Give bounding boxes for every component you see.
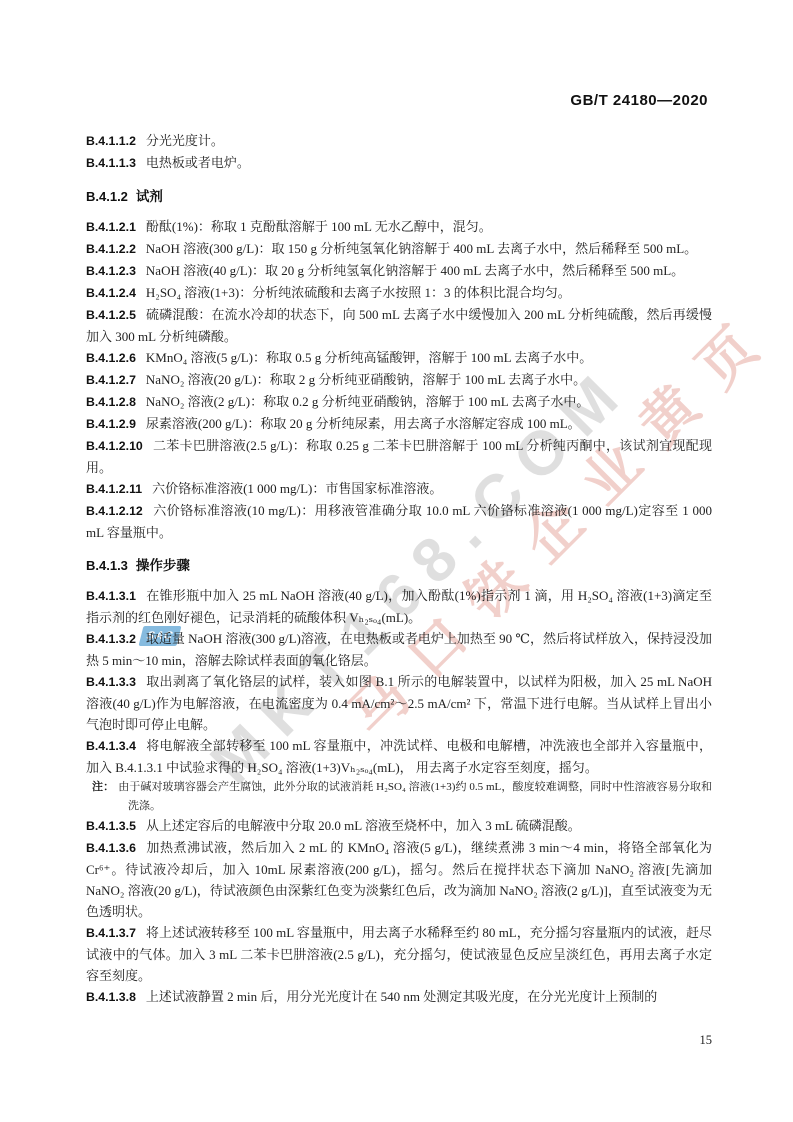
- clause-number: B.4.1.3.4: [86, 739, 146, 753]
- clause-number: B.4.1.2.12: [86, 504, 153, 518]
- clause-text: 取适量 NaOH 溶液(300 g/L)溶液，在电热板或者电炉上加热至 90 ℃…: [86, 631, 712, 668]
- clause-B.4.1.2.11: B.4.1.2.11六价铬标准溶液(1 000 mg/L)：市售国家标准溶液。: [86, 478, 712, 500]
- clause-text: NaOH 溶液(40 g/L)：取 20 g 分析纯氢氧化钠溶解于 400 mL…: [146, 263, 684, 278]
- clause-B.4.1.1.2: B.4.1.1.2分光光度计。: [86, 130, 712, 152]
- clause-B.4.1.1.3: B.4.1.1.3电热板或者电炉。: [86, 152, 712, 174]
- clause-text: 将电解液全部转移至 100 mL 容量瓶中，冲洗试样、电极和电解槽，冲洗液也全部…: [86, 738, 712, 775]
- clause-number: B.4.1.3.8: [86, 990, 146, 1004]
- clause-B.4.1.2.9: B.4.1.2.9尿素溶液(200 g/L)：称取 20 g 分析纯尿素，用去离…: [86, 413, 712, 435]
- clause-text: 电热板或者电炉。: [146, 155, 250, 170]
- clause-B.4.1.2.10: B.4.1.2.10二苯卡巴肼溶液(2.5 g/L)：称取 0.25 g 二苯卡…: [86, 435, 712, 478]
- standard-number-header: GB/T 24180—2020: [570, 92, 708, 109]
- clause-B.4.1.3.6: B.4.1.3.6加热煮沸试液，然后加入 2 mL 的 KMnO₄ 溶液(5 g…: [86, 837, 712, 922]
- clause-number: B.4.1.2.10: [86, 439, 153, 453]
- clause-text: NaNO₂ 溶液(20 g/L)：称取 2 g 分析纯亚硝酸钠，溶解于 100 …: [146, 372, 586, 387]
- clause-number: B.4.1.3.7: [86, 926, 146, 940]
- clause-B.4.1.3.5: B.4.1.3.5从上述定容后的电解液中分取 20.0 mL 溶液至烧杯中，加入…: [86, 815, 712, 837]
- heading-B.4.1.2: B.4.1.2试剂: [86, 186, 712, 207]
- clause-B.4.1.2.1: B.4.1.2.1酚酞(1%)：称取 1 克酚酞溶解于 100 mL 无水乙醇中…: [86, 216, 712, 238]
- clause-text: 取出剥离了氧化铬层的试样，装入如图 B.1 所示的电解装置中，以试样为阳极，加入…: [86, 674, 712, 732]
- clause-number: B.4.1.2.11: [86, 482, 152, 496]
- document-page: MKT168.COM 马口铁企业黄页 SAC GB/T 24180—2020 B…: [0, 0, 793, 1122]
- clause-number: B.4.1.2.8: [86, 395, 146, 409]
- clause-B.4.1.3.2: B.4.1.3.2取适量 NaOH 溶液(300 g/L)溶液，在电热板或者电炉…: [86, 628, 712, 671]
- clause-text: KMnO₄ 溶液(5 g/L)：称取 0.5 g 分析纯高锰酸钾，溶解于 100…: [146, 350, 592, 365]
- clause-text: 硫磷混酸：在流水冷却的状态下，向 500 mL 去离子水中缓慢加入 200 mL…: [86, 307, 712, 344]
- clause-number: B.4.1.2.9: [86, 417, 146, 431]
- clause-number: B.4.1.3.2: [86, 632, 146, 646]
- clause-number: B.4.1.2.5: [86, 308, 146, 322]
- clause-text: 由于碱对玻璃容器会产生腐蚀，此外分取的试液消耗 H₂SO₄ 溶液(1+3)约 0…: [118, 781, 712, 812]
- clause-text: NaOH 溶液(300 g/L)：取 150 g 分析纯氢氧化钠溶解于 400 …: [146, 241, 697, 256]
- clause-number: B.4.1.1.2: [86, 134, 146, 148]
- clause-B.4.1.2.8: B.4.1.2.8NaNO₂ 溶液(2 g/L)：称取 0.2 g 分析纯亚硝酸…: [86, 391, 712, 413]
- clause-number: B.4.1.2.2: [86, 242, 146, 256]
- clause-text: 在锥形瓶中加入 25 mL NaOH 溶液(40 g/L)，加入酚酞(1%)指示…: [86, 588, 712, 625]
- heading-text: 试剂: [136, 189, 163, 204]
- clause-number: B.4.1.2.1: [86, 220, 146, 234]
- clause-number: B.4.1.3: [86, 558, 136, 573]
- clause-B.4.1.3.1: B.4.1.3.1在锥形瓶中加入 25 mL NaOH 溶液(40 g/L)，加…: [86, 585, 712, 628]
- clause-number: B.4.1.2.7: [86, 373, 146, 387]
- clause-number: B.4.1.3.5: [86, 819, 146, 833]
- clause-text: 将上述试液转移至 100 mL 容量瓶中，用去离子水稀释至约 80 mL，充分摇…: [86, 925, 712, 983]
- heading-text: 操作步骤: [136, 558, 190, 573]
- note-paragraph: 注：由于碱对玻璃容器会产生腐蚀，此外分取的试液消耗 H₂SO₄ 溶液(1+3)约…: [86, 778, 712, 815]
- clause-number: B.4.1.3.1: [86, 589, 146, 603]
- clause-B.4.1.3.8: B.4.1.3.8上述试液静置 2 min 后，用分光光度计在 540 nm 处…: [86, 986, 712, 1008]
- clause-B.4.1.2.3: B.4.1.2.3NaOH 溶液(40 g/L)：取 20 g 分析纯氢氧化钠溶…: [86, 260, 712, 282]
- clause-text: NaNO₂ 溶液(2 g/L)：称取 0.2 g 分析纯亚硝酸钠，溶解于 100…: [146, 394, 590, 409]
- clause-B.4.1.2.4: B.4.1.2.4H₂SO₄ 溶液(1+3)：分析纯浓硫酸和去离子水按照 1：3…: [86, 282, 712, 304]
- clause-B.4.1.3.3: B.4.1.3.3取出剥离了氧化铬层的试样，装入如图 B.1 所示的电解装置中，…: [86, 671, 712, 735]
- clause-text: H₂SO₄ 溶液(1+3)：分析纯浓硫酸和去离子水按照 1：3 的体积比混合均匀…: [146, 285, 571, 300]
- clause-B.4.1.2.2: B.4.1.2.2NaOH 溶液(300 g/L)：取 150 g 分析纯氢氧化…: [86, 238, 712, 260]
- clause-B.4.1.2.6: B.4.1.2.6KMnO₄ 溶液(5 g/L)：称取 0.5 g 分析纯高锰酸…: [86, 347, 712, 369]
- clause-text: 加热煮沸试液，然后加入 2 mL 的 KMnO₄ 溶液(5 g/L)，继续煮沸 …: [86, 840, 712, 919]
- clause-number: B.4.1.2.3: [86, 264, 146, 278]
- clause-text: 酚酞(1%)：称取 1 克酚酞溶解于 100 mL 无水乙醇中，混匀。: [146, 219, 492, 234]
- clause-number: B.4.1.2.6: [86, 351, 146, 365]
- clause-text: 六价铬标准溶液(10 mg/L)：用移液管准确分取 10.0 mL 六价铬标准溶…: [86, 503, 712, 540]
- clause-number: B.4.1.3.6: [86, 841, 146, 855]
- document-body: B.4.1.1.2分光光度计。B.4.1.1.3电热板或者电炉。B.4.1.2试…: [86, 130, 712, 1008]
- clause-B.4.1.2.5: B.4.1.2.5硫磷混酸：在流水冷却的状态下，向 500 mL 去离子水中缓慢…: [86, 304, 712, 347]
- clause-number: B.4.1.1.3: [86, 156, 146, 170]
- clause-text: 六价铬标准溶液(1 000 mg/L)：市售国家标准溶液。: [152, 481, 442, 496]
- clause-text: 尿素溶液(200 g/L)：称取 20 g 分析纯尿素，用去离子水溶解定容成 1…: [146, 416, 581, 431]
- clause-text: 分光光度计。: [146, 133, 224, 148]
- page-number: 15: [700, 1033, 713, 1048]
- clause-number: B.4.1.2: [86, 189, 136, 204]
- clause-B.4.1.2.12: B.4.1.2.12六价铬标准溶液(10 mg/L)：用移液管准确分取 10.0…: [86, 500, 712, 543]
- clause-text: 二苯卡巴肼溶液(2.5 g/L)：称取 0.25 g 二苯卡巴肼溶解于 100 …: [86, 438, 712, 475]
- note-label: 注：: [92, 781, 118, 793]
- clause-number: B.4.1.2.4: [86, 286, 146, 300]
- clause-text: 上述试液静置 2 min 后，用分光光度计在 540 nm 处测定其吸光度，在分…: [146, 989, 657, 1004]
- heading-B.4.1.3: B.4.1.3操作步骤: [86, 555, 712, 576]
- clause-B.4.1.3.7: B.4.1.3.7将上述试液转移至 100 mL 容量瓶中，用去离子水稀释至约 …: [86, 922, 712, 986]
- clause-number: B.4.1.3.3: [86, 675, 146, 689]
- clause-B.4.1.2.7: B.4.1.2.7NaNO₂ 溶液(20 g/L)：称取 2 g 分析纯亚硝酸钠…: [86, 369, 712, 391]
- clause-B.4.1.3.4: B.4.1.3.4将电解液全部转移至 100 mL 容量瓶中，冲洗试样、电极和电…: [86, 735, 712, 778]
- clause-text: 从上述定容后的电解液中分取 20.0 mL 溶液至烧杯中，加入 3 mL 硫磷混…: [146, 818, 581, 833]
